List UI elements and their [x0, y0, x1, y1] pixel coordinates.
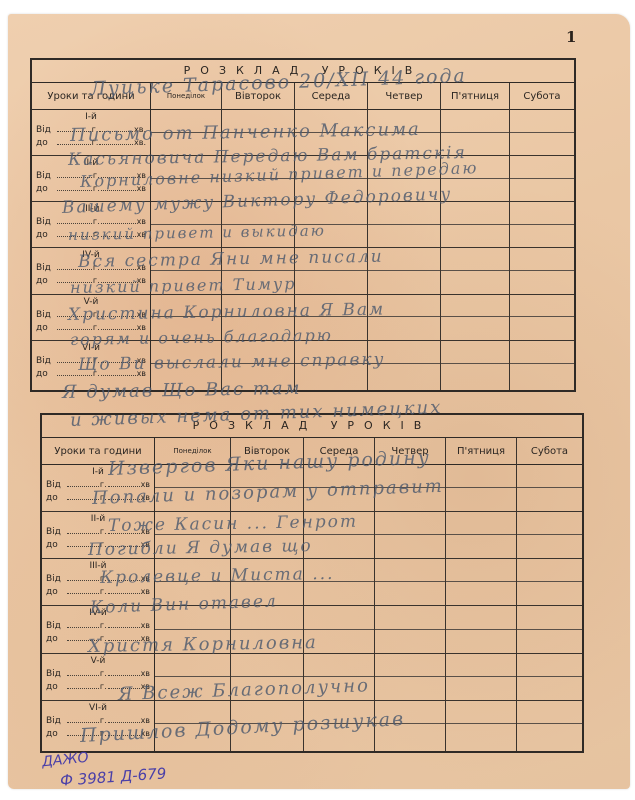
- to-label: до: [36, 368, 56, 381]
- handwritten-line: низкий привет Тимур: [70, 274, 297, 297]
- from-label: Від: [46, 620, 66, 633]
- from-label: Від: [36, 124, 56, 137]
- schedule-cell: [441, 341, 509, 387]
- from-label: Від: [46, 526, 66, 539]
- schedule-cell: [446, 512, 516, 559]
- schedule-cell: [375, 606, 445, 653]
- schedule-cell: [517, 512, 582, 559]
- schedule-cell: [517, 559, 582, 606]
- from-label: Від: [46, 573, 66, 586]
- hour-label: г.: [100, 525, 107, 538]
- schedule-cell: [510, 295, 574, 341]
- schedule-cell: [446, 654, 516, 701]
- schedule-cell: [368, 202, 440, 248]
- to-label: до: [36, 322, 56, 335]
- schedule-cell: [510, 156, 574, 202]
- from-label: Від: [46, 715, 66, 728]
- to-label: до: [36, 275, 56, 288]
- page-number: 1: [566, 28, 576, 46]
- schedule-cell: [446, 701, 516, 748]
- to-label: до: [36, 183, 56, 196]
- day-header: П'ятниця: [446, 438, 516, 465]
- to-label: до: [46, 681, 66, 694]
- minute-label: хв: [141, 667, 150, 680]
- time-from-line: Від г. хв: [46, 619, 150, 632]
- from-label: Від: [36, 355, 56, 368]
- handwritten-line: Я думав Що Вас там: [62, 378, 302, 403]
- to-label: до: [36, 229, 56, 242]
- schedule-cell: [510, 202, 574, 248]
- day-column-friday: П'ятниця: [446, 438, 517, 751]
- schedule-cell: [517, 701, 582, 748]
- schedule-cell: [375, 654, 445, 701]
- schedule-cell: [446, 606, 516, 653]
- from-label: Від: [36, 262, 56, 275]
- schedule-cell: [375, 512, 445, 559]
- day-column-saturday: Субота: [510, 83, 574, 390]
- handwritten-line: Погибли Я думав що: [88, 536, 313, 560]
- lesson-number: I-й: [36, 111, 146, 123]
- schedule-cell: [510, 248, 574, 294]
- minute-label: хв: [141, 619, 150, 632]
- hour-label: г.: [100, 680, 107, 693]
- from-label: Від: [36, 216, 56, 229]
- to-label: до: [46, 586, 66, 599]
- to-label: до: [46, 492, 66, 505]
- hour-label: г.: [100, 667, 107, 680]
- schedule-cell: [441, 295, 509, 341]
- from-label: Від: [36, 170, 56, 183]
- schedule-cell: [446, 465, 516, 512]
- hour-label: г.: [100, 619, 107, 632]
- to-label: до: [36, 137, 56, 150]
- from-label: Від: [36, 309, 56, 322]
- to-label: до: [46, 539, 66, 552]
- schedule-cell: [441, 202, 509, 248]
- day-column-saturday: Субота: [517, 438, 582, 751]
- time-from-line: Від г. хв: [46, 667, 150, 680]
- schedule-cell: [510, 341, 574, 387]
- schedule-cell: [517, 465, 582, 512]
- from-label: Від: [46, 479, 66, 492]
- day-header: Субота: [517, 438, 582, 465]
- to-label: до: [46, 728, 66, 741]
- handwritten-line: Христя Корниловна: [88, 632, 318, 657]
- schedule-cell: [375, 559, 445, 606]
- schedule-cell: [517, 654, 582, 701]
- day-header: Субота: [510, 83, 574, 110]
- to-label: до: [46, 633, 66, 646]
- day-column-friday: П'ятниця: [441, 83, 510, 390]
- from-label: Від: [46, 668, 66, 681]
- schedule-cell: [517, 606, 582, 653]
- schedule-cell: [510, 110, 574, 156]
- schedule-cell: [441, 248, 509, 294]
- handwritten-line: Кролевце и Миста ...: [100, 564, 335, 588]
- schedule-cell: [446, 559, 516, 606]
